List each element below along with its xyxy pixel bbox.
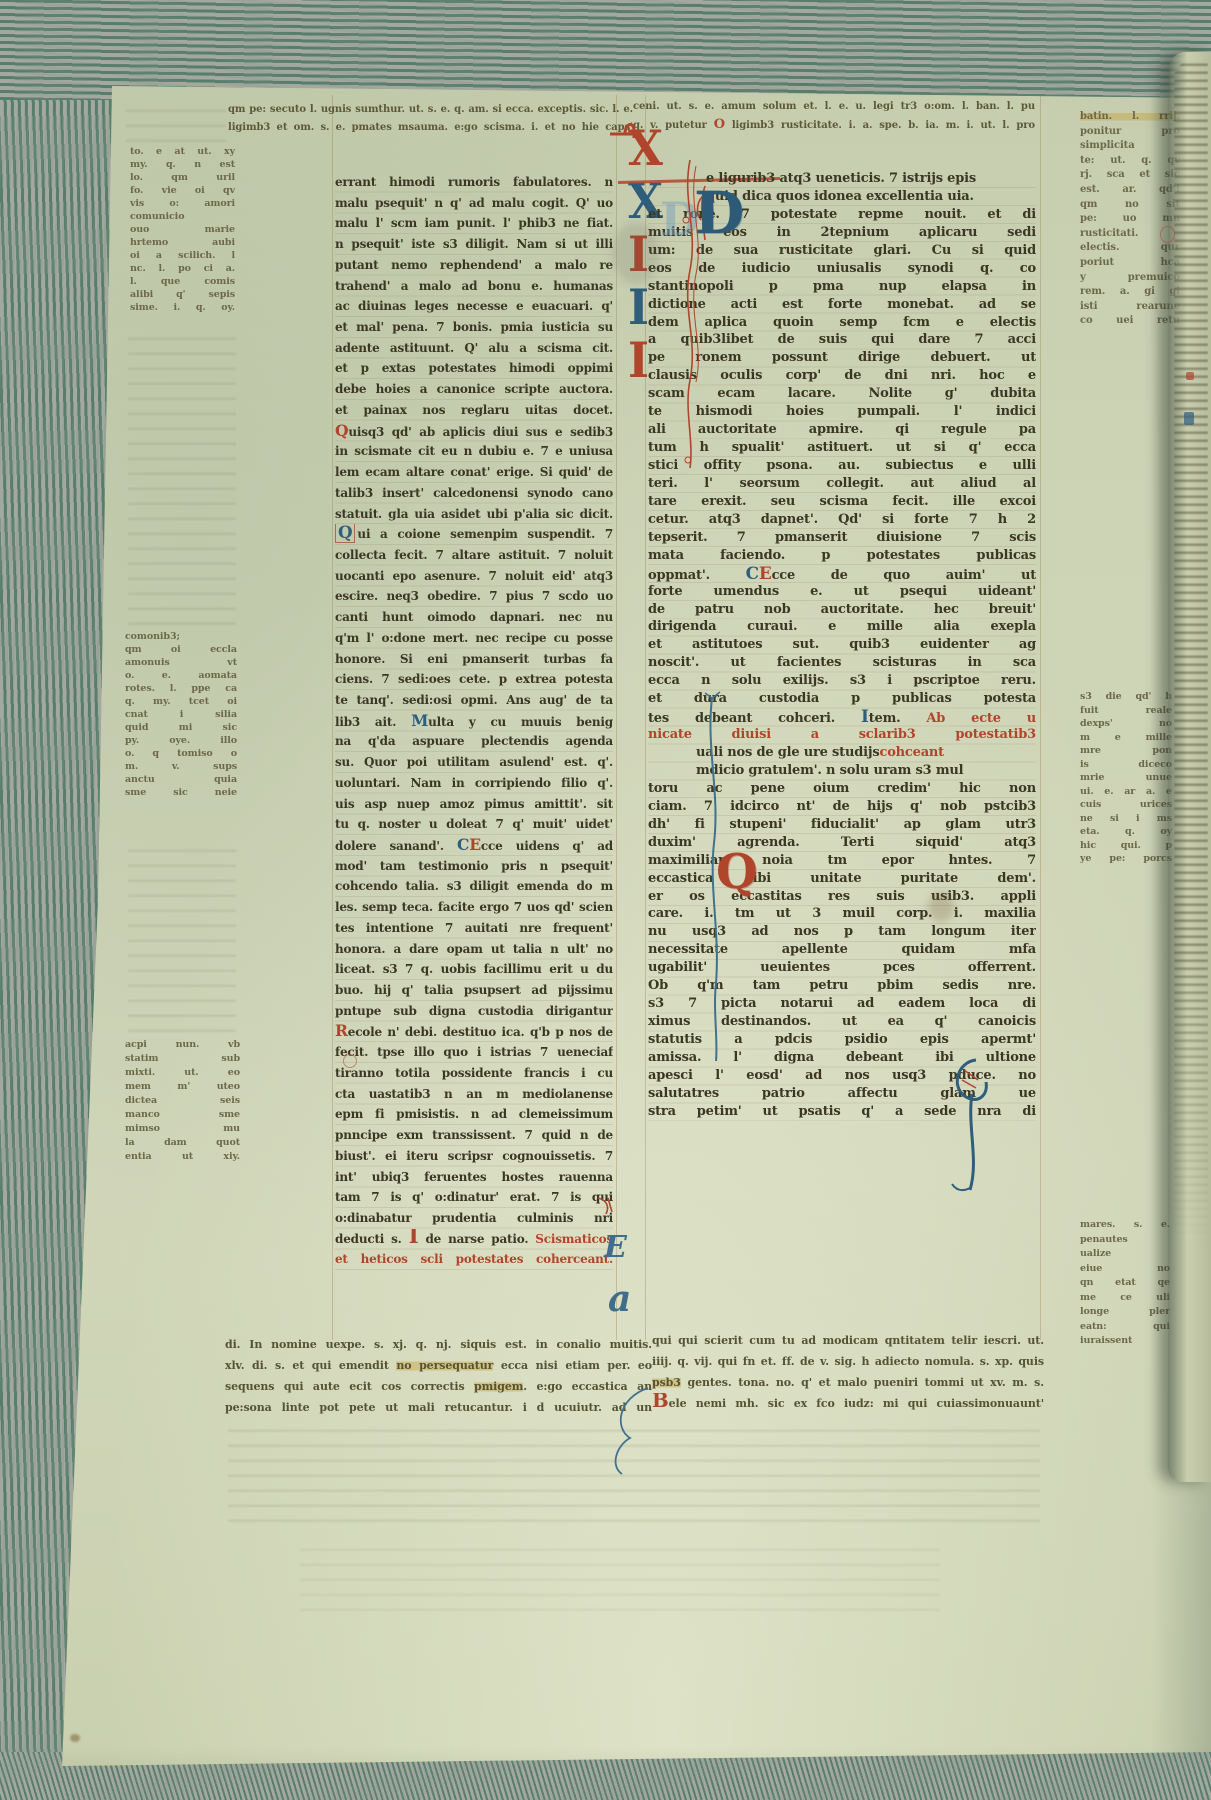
text-segment: cetur. atq3 dapnet'. Qd' si forte 7 h 2	[648, 512, 1036, 527]
text-segment: tare erexit. seu scisma fecit. ille exco…	[648, 494, 1036, 509]
text-segment: cce de quo auim' ut	[772, 568, 1036, 583]
text-segment: ceni. ut. s. e. amum solum et. l. e. u. …	[633, 101, 1035, 112]
text-line: manco sme	[125, 1108, 240, 1122]
text-line: eatn: qui	[1080, 1320, 1170, 1335]
text-segment: ui. e. ar a. e	[1080, 786, 1172, 797]
text-segment: dexps' no	[1080, 718, 1172, 729]
text-line: su. Quor poi utilitam asulend' est. q'.	[335, 752, 613, 773]
text-segment: ponitur pro	[1080, 126, 1180, 137]
text-segment: uis asp nuep amoz pimus amittit'. sit	[335, 797, 613, 811]
text-line: et mal' pena. 7 bonis. pmia iusticia su	[335, 317, 613, 338]
text-segment: malu psequit' n q' ad malu cogit. Q' uo	[335, 196, 613, 210]
text-segment: comonib3;	[125, 631, 180, 642]
text-segment: penautes	[1080, 1234, 1128, 1245]
text-line: tare erexit. seu scisma fecit. ille exco…	[648, 493, 1036, 511]
text-segment: tepserit. 7 pmanserit diuisione 7 scis	[648, 530, 1036, 545]
text-segment: collecta fecit. 7 altare astituit. 7 nol…	[335, 548, 613, 562]
text-segment: ac diuinas leges necesse e euacuari. q'	[335, 299, 613, 313]
text-segment: ele nemi mh. sic ex fco iudz: mi qui cui…	[669, 1397, 1044, 1410]
text-line: rj. sca et sic	[1080, 168, 1180, 183]
text-segment: cohceant	[879, 745, 944, 760]
text-segment: forte umendus e. ut psequi uideant'	[648, 584, 1036, 599]
text-segment: eiue no	[1080, 1263, 1170, 1274]
text-segment: et astitutoes sut. quib3 euidenter ag	[648, 637, 1036, 652]
text-segment: rotes. l. ppe ca	[125, 683, 237, 694]
text-line: oi a scilich. l	[130, 249, 235, 262]
text-line: mimso mu	[125, 1122, 240, 1136]
text-segment: cnat i silia	[125, 709, 237, 720]
text-segment: m e mille	[1080, 732, 1172, 743]
text-segment: uocanti epo asenure. 7 noluit eid' atq3	[335, 569, 613, 583]
text-line: ui. e. ar a. e	[1080, 785, 1172, 799]
text-line: et heticos scli potestates coherceant.	[335, 1249, 613, 1270]
text-segment: o. e. aomata	[125, 670, 237, 681]
text-segment: vis o: amori	[130, 198, 235, 209]
fabric-background-top	[0, 0, 1211, 100]
margin-gloss-right-top: batin. l. rrij.ponitur prosimplicitate: …	[1080, 110, 1180, 329]
text-line: uocanti epo asenure. 7 noluit eid' atq3	[335, 566, 613, 587]
text-segment: stici offity psona. au. subiectus e ulli	[648, 458, 1036, 473]
text-line: biust'. ei iteru scripsr cognouissetis. …	[335, 1146, 613, 1167]
text-segment: qm pe: secuto l. ugnis sumthur. ut. s. e…	[228, 104, 633, 119]
text-segment: debe hoies a canonice scripte auctora.	[335, 382, 613, 396]
text-segment: eta. q. oy	[1080, 826, 1172, 837]
text-segment: e ligurib3 atq3 ueneticis. 7 istrijs epi…	[706, 170, 976, 188]
text-segment: ecole n' debi. destituo ica. q'b p nos d…	[348, 1025, 613, 1039]
text-segment: les. semp teca. facite ergo 7 uos qd' sc…	[335, 900, 613, 914]
text-segment: clausis oculis corp' de dni nri. hoc e	[648, 368, 1036, 383]
text-segment: scam ecam lacare. Nolite g' dubita	[648, 386, 1036, 401]
text-line: penautes	[1080, 1233, 1170, 1248]
left-text-column: errant himodi rumoris fabulatores. nmalu…	[335, 172, 613, 1270]
text-line: dexps' no	[1080, 717, 1172, 731]
text-segment: buo. hij q' talia psupsert ad pijssimu	[335, 983, 613, 997]
parchment-page: qm pe: secuto l. ugnis sumthur. ut. s. e…	[0, 0, 1211, 1800]
blue-bar-flourish-icon	[700, 690, 724, 1065]
text-segment: iuraissent	[1080, 1335, 1132, 1346]
text-line: Quisq3 qd' ab aplicis diui sus e sedib3	[335, 421, 613, 442]
text-segment: I	[861, 708, 869, 726]
red-ring-mark-gutter	[1160, 226, 1175, 243]
text-line: is diceco	[1080, 758, 1172, 772]
text-line: pnncipe exm transsissent. 7 quid n de	[335, 1125, 613, 1146]
text-segment: dolere sanand'.	[335, 839, 457, 853]
text-segment: statuit. gla uia asidet ubi p'alia sic d…	[335, 507, 613, 521]
text-line: mre pon	[1080, 744, 1172, 758]
red-paraph-icon	[606, 114, 642, 144]
text-line: a quib3libet de suis qui dare 7 acci	[648, 331, 1036, 349]
text-line: ponitur pro	[1080, 125, 1180, 140]
text-segment: de patru nob auctoritate. hec breuit'	[648, 602, 1036, 617]
text-line: di. In nomine uexpe. s. xj. q. nj. siqui…	[225, 1334, 652, 1355]
text-segment: ligimb3 et om. s. e. pmates msauma. e:go…	[228, 122, 633, 133]
text-line: epm fi pmisistis. n ad clemeissimum	[335, 1104, 613, 1125]
text-line: qm no sit	[1080, 198, 1180, 213]
text-line: fuit reale	[1080, 704, 1172, 718]
text-segment: et mal' pena. 7 bonis. pmia iusticia su	[335, 320, 613, 334]
text-line: putant nemo rephendend' a malo re	[335, 255, 613, 276]
text-line: collecta fecit. 7 altare astituit. 7 nol…	[335, 545, 613, 566]
text-line: cuis urices	[1080, 798, 1172, 812]
text-segment: s3 die qd' h	[1080, 691, 1172, 702]
text-segment: lem ecam altare conat' erige. Si quid' d…	[335, 465, 613, 479]
text-segment: cohcendo talia. s3 diligit emenda do m	[335, 879, 613, 893]
text-segment: mre pon	[1080, 745, 1172, 756]
text-line: o. q tomiso o	[125, 747, 237, 760]
text-segment: canti hunt oimodo dapnari. nec nu	[335, 610, 613, 624]
text-segment: pntupe sub digna custodia dirigantur	[335, 1004, 613, 1018]
text-line: et painax nos reglaru uitas docet.	[335, 400, 613, 421]
text-line: talib3 insert' calcedonensi synodo cano	[335, 483, 613, 504]
text-line: Bele nemi mh. sic ex fco iudz: mi qui cu…	[652, 1393, 1044, 1414]
text-segment: statim sub	[125, 1053, 240, 1064]
text-line: teri. l' seorsum collegit. aut aliud al	[648, 475, 1036, 493]
text-line: cta uastatib3 n an m mediolanense	[335, 1084, 613, 1105]
text-line: tam 7 is q' o:dinatur' erat. 7 is qui	[335, 1187, 613, 1208]
text-line: ciens. 7 sedi:oes cete. p extrea potesta	[335, 669, 613, 690]
text-line: et p extas potestates himodi oppimi	[335, 358, 613, 379]
text-line: stantinopoli p pma nup elapsa in	[648, 278, 1036, 296]
text-line: qm pe: secuto l. ugnis sumthur. ut. s. e…	[228, 101, 633, 119]
text-line: clausis oculis corp' de dni nri. hoc e	[648, 367, 1036, 385]
text-segment: biust'. ei iteru scripsr cognouissetis. …	[335, 1149, 613, 1163]
text-line: dem aplica quoin semp fcm e electis	[648, 314, 1036, 332]
text-line: ualize	[1080, 1247, 1170, 1262]
text-segment: longe pler	[1080, 1306, 1170, 1317]
text-line: cnat i silia	[125, 708, 237, 721]
brown-spot	[70, 1734, 80, 1742]
ruling-guide-left-outer	[332, 95, 333, 1340]
text-line: errant himodi rumoris fabulatores. n	[335, 172, 613, 193]
text-segment: py. oye. illo	[125, 735, 237, 746]
pen-trial-letter-e: E	[604, 1230, 627, 1265]
text-line: te: ut. q. qv	[1080, 154, 1180, 169]
margin-gloss-left-bottom: acpi nun. vbstatim submixti. ut. eomem m…	[125, 1038, 240, 1164]
text-segment: de narse patio.	[419, 1232, 536, 1246]
text-segment: adente astituunt. Q' alu a scisma cit.	[335, 341, 613, 355]
text-segment: is diceco	[1080, 759, 1172, 770]
text-line: mata faciendo. p potestates publicas	[648, 547, 1036, 565]
text-segment: E	[469, 835, 481, 854]
text-segment: electis. qur	[1080, 242, 1180, 253]
text-segment: nc. l. po ci a.	[130, 263, 235, 274]
text-line: n psequit' iste s3 diligit. Nam si ut il…	[335, 234, 613, 255]
text-line: stici offity psona. au. subiectus e ulli	[648, 457, 1036, 475]
text-line: ouo marie	[130, 223, 235, 236]
text-segment: E	[759, 565, 772, 583]
text-segment: cuis urices	[1080, 799, 1172, 810]
text-line: nc. l. po ci a.	[130, 262, 235, 275]
text-segment: tum h spualit' astituert. ut si q' ecca	[648, 440, 1036, 455]
text-line: rotes. l. ppe ca	[125, 682, 237, 695]
text-line: tu q. noster u doleat 7 q' muit' uidet'	[335, 814, 613, 835]
text-segment: to. e at ut. xy	[130, 146, 235, 157]
text-segment: quid dica quos idonea excellentia uia.	[706, 188, 974, 206]
text-segment: o:dinabatur prudentia culminis nri	[335, 1211, 613, 1225]
text-segment: ouo marie	[130, 224, 235, 235]
text-segment: co uei retu	[1080, 315, 1180, 326]
text-segment: tu q. noster u doleat 7 q' muit' uidet'	[335, 817, 613, 831]
text-segment: ualize	[1080, 1248, 1111, 1259]
show-through-text	[128, 325, 236, 625]
brown-stain	[928, 892, 954, 922]
text-segment: tes debeant cohceri.	[648, 711, 861, 726]
text-line: psb3 gentes. tona. no. q' et malo puenir…	[652, 1372, 1044, 1393]
text-segment: dictione acti est forte monebat. ad se	[648, 297, 1036, 312]
text-segment: na q'da aspuare plectendis agenda	[335, 734, 613, 748]
text-segment: isti rearune	[1080, 301, 1180, 312]
text-segment: hrtemo aubi	[130, 237, 235, 248]
text-line: lib3 ait. Multa y cu muuis benig	[335, 711, 613, 732]
text-segment: q'm l' o:done mert. nec recipe cu posse	[335, 631, 613, 645]
text-segment: te: ut. q. qv	[1080, 155, 1180, 166]
text-segment: rusticitati.	[1080, 228, 1138, 239]
text-segment: n psequit' iste s3 diligit. Nam si ut il…	[335, 237, 613, 251]
text-segment: m. v. sups	[125, 761, 237, 772]
text-line: malu psequit' n q' ad malu cogit. Q' uo	[335, 193, 613, 214]
text-segment: mdicio gratulem'. n solu uram s3 mul	[696, 762, 963, 780]
text-line: dirigenda curaui. e mille alia exepla	[648, 618, 1036, 636]
text-line: sime. i. q. oy.	[130, 301, 235, 314]
text-segment: qn etat qe	[1080, 1277, 1170, 1288]
text-segment: te hismodi hoies pumpali. l' indici	[648, 404, 1036, 419]
text-segment: mem m' uteo	[125, 1081, 240, 1092]
text-line: to. e at ut. xy	[130, 145, 235, 158]
ornate-initial-q-icon	[942, 1050, 1000, 1195]
text-segment: putant nemo rephendend' a malo re	[335, 258, 613, 272]
facing-page-text-blur	[1174, 62, 1208, 1242]
text-segment: mrie unue	[1080, 772, 1172, 783]
text-segment: cta uastatib3 n an m mediolanense	[335, 1087, 613, 1101]
text-line: tes intentione 7 auitati nre frequent'	[335, 918, 613, 939]
text-line: anctu quia	[125, 773, 237, 786]
text-line: oppmat'. CEcce de quo auim' ut	[648, 565, 1036, 583]
text-segment: uoluntari. Nam in corripiendo filio q'.	[335, 776, 613, 790]
text-line: ali auctoritate apmire. qi regule pa	[648, 421, 1036, 439]
text-segment: poriut hca	[1080, 257, 1180, 268]
text-line: m. v. sups	[125, 760, 237, 773]
text-line: ne si i ms	[1080, 812, 1172, 826]
text-line: ecca n solu exilijs. s3 i pscriptoe reru…	[648, 672, 1036, 690]
text-line: mod' tam testimonio pris n psequit'	[335, 856, 613, 877]
text-segment: iiij. q. vij. qui fn et. ff. de v. sig. …	[652, 1355, 1044, 1372]
text-line: q'm l' o:done mert. nec recipe cu posse	[335, 628, 613, 649]
text-segment: ui a coione semenpim suspendit. 7	[357, 527, 613, 541]
text-segment: te tanq'. sedi:osi opmi. Ans aug' de ta	[335, 693, 613, 707]
text-segment: mares. s. e.	[1080, 1219, 1170, 1230]
text-line: comonib3;	[125, 630, 237, 643]
text-segment: honora. a dare opam ut talia n ult' no	[335, 942, 613, 956]
text-line: uoluntari. Nam in corripiendo filio q'.	[335, 773, 613, 794]
text-line: X	[628, 122, 788, 175]
text-line: acpi nun. vb	[125, 1038, 240, 1052]
blue-speck	[1184, 412, 1194, 425]
text-segment: o. q tomiso o	[125, 748, 237, 759]
text-line: q. my. tcet oi	[125, 695, 237, 708]
margin-gloss-right-middle: s3 die qd' hfuit realedexps' nom e mille…	[1080, 690, 1172, 866]
text-line: ligimb3 et om. s. e. pmates msauma. e:go…	[228, 119, 633, 137]
text-segment: lib3 ait.	[335, 715, 411, 729]
text-line: s3 die qd' h	[1080, 690, 1172, 704]
text-line: m e mille	[1080, 731, 1172, 745]
text-segment: teri. l' seorsum collegit. aut aliud al	[648, 476, 1036, 491]
text-line: debe hoies a canonice scripte auctora.	[335, 379, 613, 400]
text-line: rem. a. gi gi	[1080, 285, 1180, 300]
text-line: lo. qm uril	[130, 171, 235, 184]
text-line: deducti s. I de narse patio. Scismaticos	[335, 1229, 613, 1250]
text-line: ye pe: porcs	[1080, 852, 1172, 866]
text-segment: q. my. tcet oi	[125, 696, 237, 707]
text-segment: ciens. 7 sedi:oes cete. p extrea potesta	[335, 672, 613, 686]
text-line: cetur. atq3 dapnet'. Qd' si forte 7 h 2	[648, 511, 1036, 529]
text-segment: eatn: qui	[1080, 1321, 1170, 1332]
text-segment: noscit'. ut facientes scisturas in sca	[648, 655, 1036, 670]
text-line: py. oye. illo	[125, 734, 237, 747]
text-segment: no persequatur	[396, 1359, 493, 1372]
text-line: poriut hca	[1080, 256, 1180, 271]
text-line: de patru nob auctoritate. hec breuit'	[648, 601, 1036, 619]
text-segment: mod' tam testimonio pris n psequit'	[335, 859, 613, 873]
margin-gloss-left-middle: comonib3;qm oi ecclaamonuis vto. e. aoma…	[125, 630, 237, 799]
text-line: ceni. ut. s. e. amum solum et. l. e. u. …	[633, 98, 1035, 116]
text-segment: cce uidens q' ad	[481, 839, 613, 853]
text-segment: tam 7 is q' o:dinatur' erat. 7 is qui	[335, 1190, 613, 1204]
text-line: canti hunt oimodo dapnari. nec nu	[335, 607, 613, 628]
text-segment: Q	[335, 524, 355, 543]
text-line: est. ar. qd'!	[1080, 183, 1180, 198]
text-line: vis o: amori	[130, 197, 235, 210]
text-segment: Scismaticos	[535, 1232, 613, 1246]
text-segment: pnncipe exm transsissent. 7 quid n de	[335, 1128, 613, 1142]
text-segment: liceat. s3 7 q. uobis facillimu erit u d…	[335, 962, 613, 976]
text-line: ac diuinas leges necesse e euacuari. q'	[335, 296, 613, 317]
margin-gloss-left-top: to. e at ut. xymy. q. n estlo. qm urilfo…	[130, 145, 235, 314]
text-line: fecit. tpse illo quo i istrias 7 uenecia…	[335, 1042, 613, 1063]
text-line: dolere sanand'. CEcce uidens q' ad	[335, 835, 613, 856]
text-line: pe: uo mu	[1080, 212, 1180, 227]
bottom-addition-left: di. In nomine uexpe. s. xj. q. nj. siqui…	[225, 1334, 652, 1418]
text-segment: pe ronem possunt dirige debuert. ut	[648, 350, 1036, 365]
text-line: entia ut xiy.	[125, 1150, 240, 1164]
text-line: o. e. aomata	[125, 669, 237, 682]
text-segment: xlv. di. s. et qui emendit	[225, 1359, 396, 1372]
text-line: quid mi sic	[125, 721, 237, 734]
text-segment: ali auctoritate apmire. qi regule pa	[648, 422, 1036, 437]
text-line: adente astituunt. Q' alu a scisma cit.	[335, 338, 613, 359]
text-line: comunicio	[130, 210, 235, 223]
text-segment: simplicita	[1080, 140, 1135, 151]
text-segment: B	[652, 1393, 669, 1412]
text-segment: in scismate cit eu n dubiu e. 7 e uniusa	[335, 444, 613, 458]
text-line: amonuis vt	[125, 656, 237, 669]
text-segment: ye pe: porcs	[1080, 853, 1172, 864]
text-segment: honore. Si eni pmanserit turbas fa	[335, 652, 613, 666]
margin-gloss-right-bottom: mares. s. e.penautesualizeeiue noqn etat…	[1080, 1218, 1170, 1349]
text-segment: qui qui scierit cum tu ad modicam qntita…	[652, 1334, 1044, 1347]
text-segment: mata faciendo. p potestates publicas	[648, 548, 1036, 563]
text-line: escire. neq3 obedire. 7 pius 7 scdo uo	[335, 586, 613, 607]
text-segment: pmigem	[474, 1380, 523, 1393]
text-segment: C	[457, 835, 469, 854]
text-line: mares. s. e.	[1080, 1218, 1170, 1233]
text-segment: dem aplica quoin semp fcm e electis	[648, 315, 1036, 330]
text-segment: Q	[335, 421, 348, 440]
text-line: co uei retu	[1080, 314, 1180, 329]
text-segment: l. que comis	[130, 276, 235, 287]
text-line: noscit'. ut facientes scisturas in sca	[648, 654, 1036, 672]
text-segment: tem.	[869, 711, 927, 726]
text-line: sequens qui aute ecit cos correctis pmig…	[225, 1376, 652, 1397]
text-line: lem ecam altare conat' erige. Si quid' d…	[335, 462, 613, 483]
text-segment: my. q. n est	[130, 159, 235, 170]
text-line: Recole n' debi. destituo ica. q'b p nos …	[335, 1021, 613, 1042]
text-line: hrtemo aubi	[130, 236, 235, 249]
text-segment: malu l' scm iam punit. l' phib3 ne fiat.	[335, 216, 613, 230]
show-through-text	[126, 100, 226, 142]
text-segment: fecit. tpse illo quo i istrias 7 uenecia…	[335, 1045, 613, 1059]
text-segment: dictea seis	[125, 1095, 240, 1106]
text-line: alibi q' sepis	[130, 288, 235, 301]
text-segment: oi a scilich. l	[130, 250, 235, 261]
text-line: liceat. s3 7 q. uobis facillimu erit u d…	[335, 959, 613, 980]
text-line: dictea seis	[125, 1094, 240, 1108]
text-line: forte umendus e. ut psequi uideant'	[648, 583, 1036, 601]
text-line: mixti. ut. eo	[125, 1066, 240, 1080]
text-segment: pe: uo mu	[1080, 213, 1180, 224]
text-segment: est. ar. qd'!	[1080, 184, 1180, 195]
text-line: me ce uli	[1080, 1291, 1170, 1306]
text-line: honora. a dare opam ut talia n ult' no	[335, 939, 613, 960]
text-segment: mixti. ut. eo	[125, 1067, 240, 1078]
text-segment: gentes. tona. no. q' et malo pueniri tom…	[681, 1376, 1044, 1389]
show-through-text	[128, 842, 236, 1032]
text-segment: ulta y cu muuis benig	[428, 715, 613, 729]
text-line: uis asp nuep amoz pimus amittit'. sit	[335, 794, 613, 815]
text-segment: uisq3 qd' ab aplicis diui sus e sedib3	[348, 425, 613, 439]
text-line: te tanq'. sedi:osi opmi. Ans aug' de ta	[335, 690, 613, 711]
text-segment: me ce uli	[1080, 1292, 1170, 1303]
text-line: eta. q. oy	[1080, 825, 1172, 839]
text-line: my. q. n est	[130, 158, 235, 171]
text-line: buo. hij q' talia psupsert ad pijssimu	[335, 980, 613, 1001]
text-line: na q'da aspuare plectendis agenda	[335, 731, 613, 752]
text-segment: tiranno totila possidente francis i cu	[335, 1066, 613, 1080]
text-segment: fo. vie oi qv	[130, 185, 235, 196]
text-segment: anctu quia	[125, 774, 237, 785]
header-gloss-left: qm pe: secuto l. ugnis sumthur. ut. s. e…	[228, 101, 633, 136]
text-line: iuraissent	[1080, 1334, 1170, 1349]
text-segment: a quib3libet de suis qui dare 7 acci	[648, 332, 1036, 347]
text-segment: entia ut xiy.	[125, 1151, 240, 1162]
text-line: sme sic neie	[125, 786, 237, 799]
show-through-text	[300, 1545, 940, 1611]
text-line: l. que comis	[130, 275, 235, 288]
text-line: tepserit. 7 pmanserit diuisione 7 scis	[648, 529, 1036, 547]
text-segment: C	[746, 565, 759, 583]
text-segment: rem. a. gi gi	[1080, 286, 1180, 297]
text-segment: la dam quot	[125, 1137, 240, 1148]
text-line: Qui a coione semenpim suspendit. 7	[335, 524, 613, 545]
text-line: statim sub	[125, 1052, 240, 1066]
text-segment: talib3 insert' calcedonensi synodo cano	[335, 486, 613, 500]
text-line: statuit. gla uia asidet ubi p'alia sic d…	[335, 504, 613, 525]
facing-page-edge	[1168, 52, 1211, 1482]
manuscript-photo: { "folio_number": { "letters": [ {"t":"X…	[0, 0, 1211, 1800]
blue-b-flourish-icon	[608, 1382, 654, 1477]
text-line: mrie unue	[1080, 771, 1172, 785]
red-penwork-flourish-icon	[676, 160, 706, 470]
text-line: electis. qur	[1080, 241, 1180, 256]
